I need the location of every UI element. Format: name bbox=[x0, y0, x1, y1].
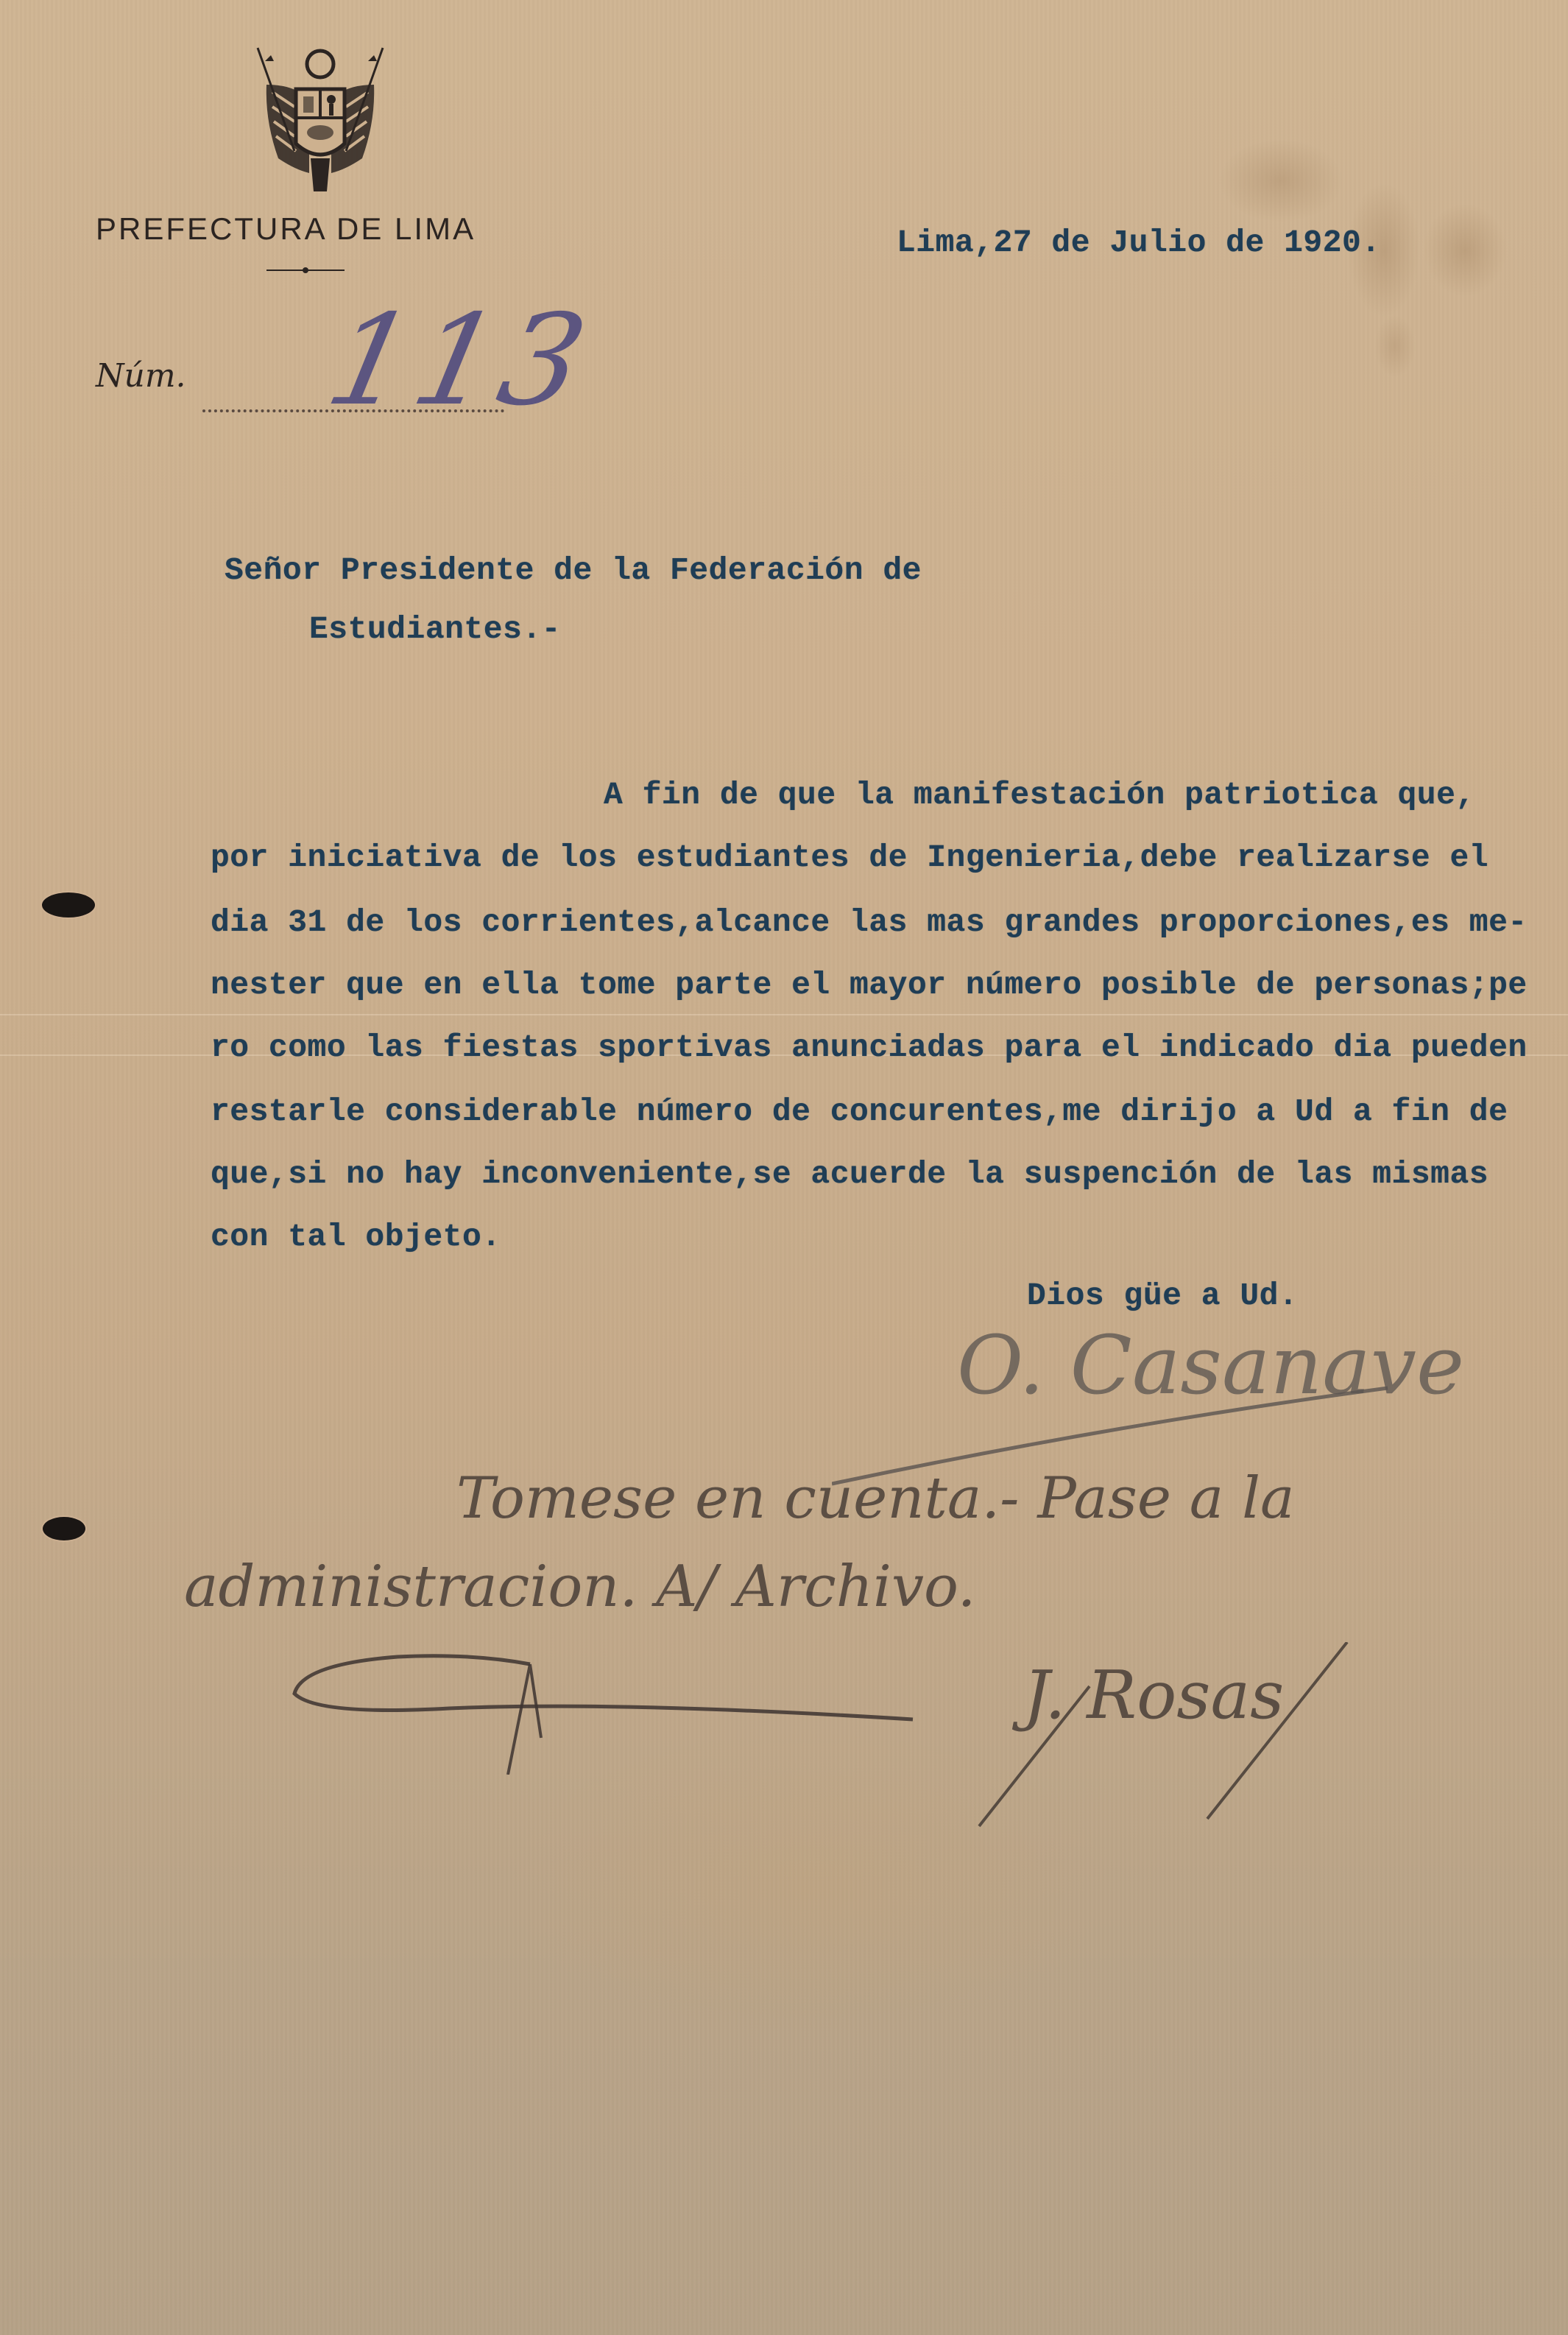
addressee-line-1: Señor Presidente de la Federación de bbox=[225, 552, 922, 588]
addressee-line-2: Estudiantes.- bbox=[309, 611, 561, 647]
document-number: 113 bbox=[318, 298, 601, 423]
body-line: A fin de que la manifestación patriotica… bbox=[604, 777, 1475, 813]
punch-hole-bottom bbox=[43, 1517, 85, 1540]
punch-hole-top bbox=[42, 892, 95, 918]
initials-right-strokes bbox=[964, 1642, 1362, 1834]
ornament-divider bbox=[266, 267, 345, 274]
closing-formula: Dios güe a Ud. bbox=[1027, 1278, 1298, 1314]
peru-coat-of-arms-icon bbox=[250, 40, 390, 195]
body-line: nester que en ella tome parte el mayor n… bbox=[211, 967, 1528, 1003]
body-line: con tal objeto. bbox=[211, 1219, 501, 1255]
paper-fold-line bbox=[0, 1014, 1568, 1015]
body-line: restarle considerable número de concuren… bbox=[211, 1093, 1508, 1130]
initials-left-flourish bbox=[287, 1649, 920, 1775]
body-line: dia 31 de los corrientes,alcance las mas… bbox=[211, 904, 1528, 940]
body-line: ro como las fiestas sportivas anunciadas… bbox=[211, 1029, 1528, 1066]
body-line: que,si no hay inconveniente,se acuerde l… bbox=[211, 1156, 1488, 1192]
annotation-line-1: Tomese en cuenta.- Pase a la bbox=[456, 1465, 1295, 1532]
date-line: Lima,27 de Julio de 1920. bbox=[897, 225, 1381, 261]
body-line: por iniciativa de los estudiantes de Ing… bbox=[211, 839, 1488, 876]
number-label: Núm. bbox=[96, 357, 186, 395]
agency-name: PREFECTURA DE LIMA bbox=[96, 211, 537, 247]
annotation-line-2: administracion. A/ Archivo. bbox=[184, 1554, 975, 1620]
